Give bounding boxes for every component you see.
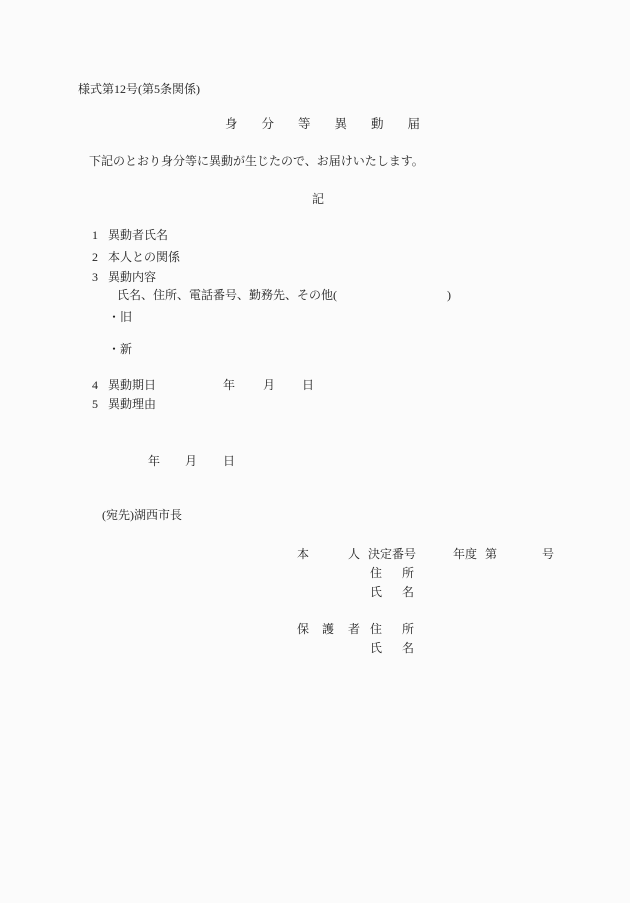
submit-date-month-label: 月: [185, 454, 197, 468]
item-1-number: 1: [92, 228, 98, 242]
number-suffix: 号: [542, 547, 554, 561]
principal-address-char-1: 住: [370, 566, 382, 580]
new-label: ・新: [108, 342, 132, 356]
submit-date-year-label: 年: [148, 454, 160, 468]
change-date-year-label: 年: [223, 378, 235, 392]
guardian-address-char-1: 住: [370, 622, 382, 636]
intro-text: 下記のとおり身分等に異動が生じたので、お届けいたします。: [89, 154, 424, 168]
item-3-label: 異動内容: [108, 270, 156, 284]
guardian-name-char-2: 名: [402, 641, 414, 655]
principal-name-char-2: 名: [402, 585, 414, 599]
fiscal-year-label: 年度: [453, 547, 477, 561]
change-date-day-label: 日: [302, 378, 314, 392]
change-categories-text: 氏名、住所、電話番号、勤務先、その他(: [117, 288, 337, 302]
guardian-address-char-2: 所: [402, 622, 414, 636]
old-label: ・旧: [108, 310, 132, 324]
intro-line: 下記のとおり身分等に異動が生じたので、お届けいたします。: [0, 154, 630, 196]
document-page: 様式第12号(第5条関係) 身分等異動届 下記のとおり身分等に異動が生じたので、…: [0, 0, 630, 903]
addressee-line: (宛先)湖西市長: [0, 508, 630, 550]
guardian-label-char-1: 保: [297, 622, 309, 636]
form-number: 様式第12号(第5条関係): [78, 82, 200, 96]
principal-label-char-2: 人: [348, 547, 360, 561]
decision-number-label: 決定番号: [368, 547, 416, 561]
number-prefix: 第: [485, 547, 497, 561]
guardian-label-char-2: 護: [322, 622, 334, 636]
item-2-label: 本人との関係: [108, 250, 180, 264]
page-title: 身分等異動届: [225, 117, 444, 131]
principal-name-char-1: 氏: [370, 585, 382, 599]
change-date-month-label: 月: [263, 378, 275, 392]
item-3-number: 3: [92, 270, 98, 284]
section-marker: 記: [312, 192, 324, 206]
item-5-number: 5: [92, 397, 98, 411]
guardian-name-row: 氏 名: [0, 641, 630, 697]
principal-address-char-2: 所: [402, 566, 414, 580]
guardian-label-char-3: 者: [348, 622, 360, 636]
title-line: 身分等異動届: [0, 117, 630, 159]
item-5-label: 異動理由: [108, 397, 156, 411]
guardian-name-char-1: 氏: [370, 641, 382, 655]
list-item-5: 5 異動理由: [0, 397, 630, 453]
change-categories-close-paren: ): [447, 288, 451, 302]
item-1-label: 異動者氏名: [108, 228, 168, 242]
item-4-label: 異動期日: [108, 378, 156, 392]
item-4-number: 4: [92, 378, 98, 392]
item-2-number: 2: [92, 250, 98, 264]
submit-date-day-label: 日: [223, 454, 235, 468]
principal-label-char-1: 本: [297, 547, 309, 561]
addressee: (宛先)湖西市長: [102, 508, 182, 522]
